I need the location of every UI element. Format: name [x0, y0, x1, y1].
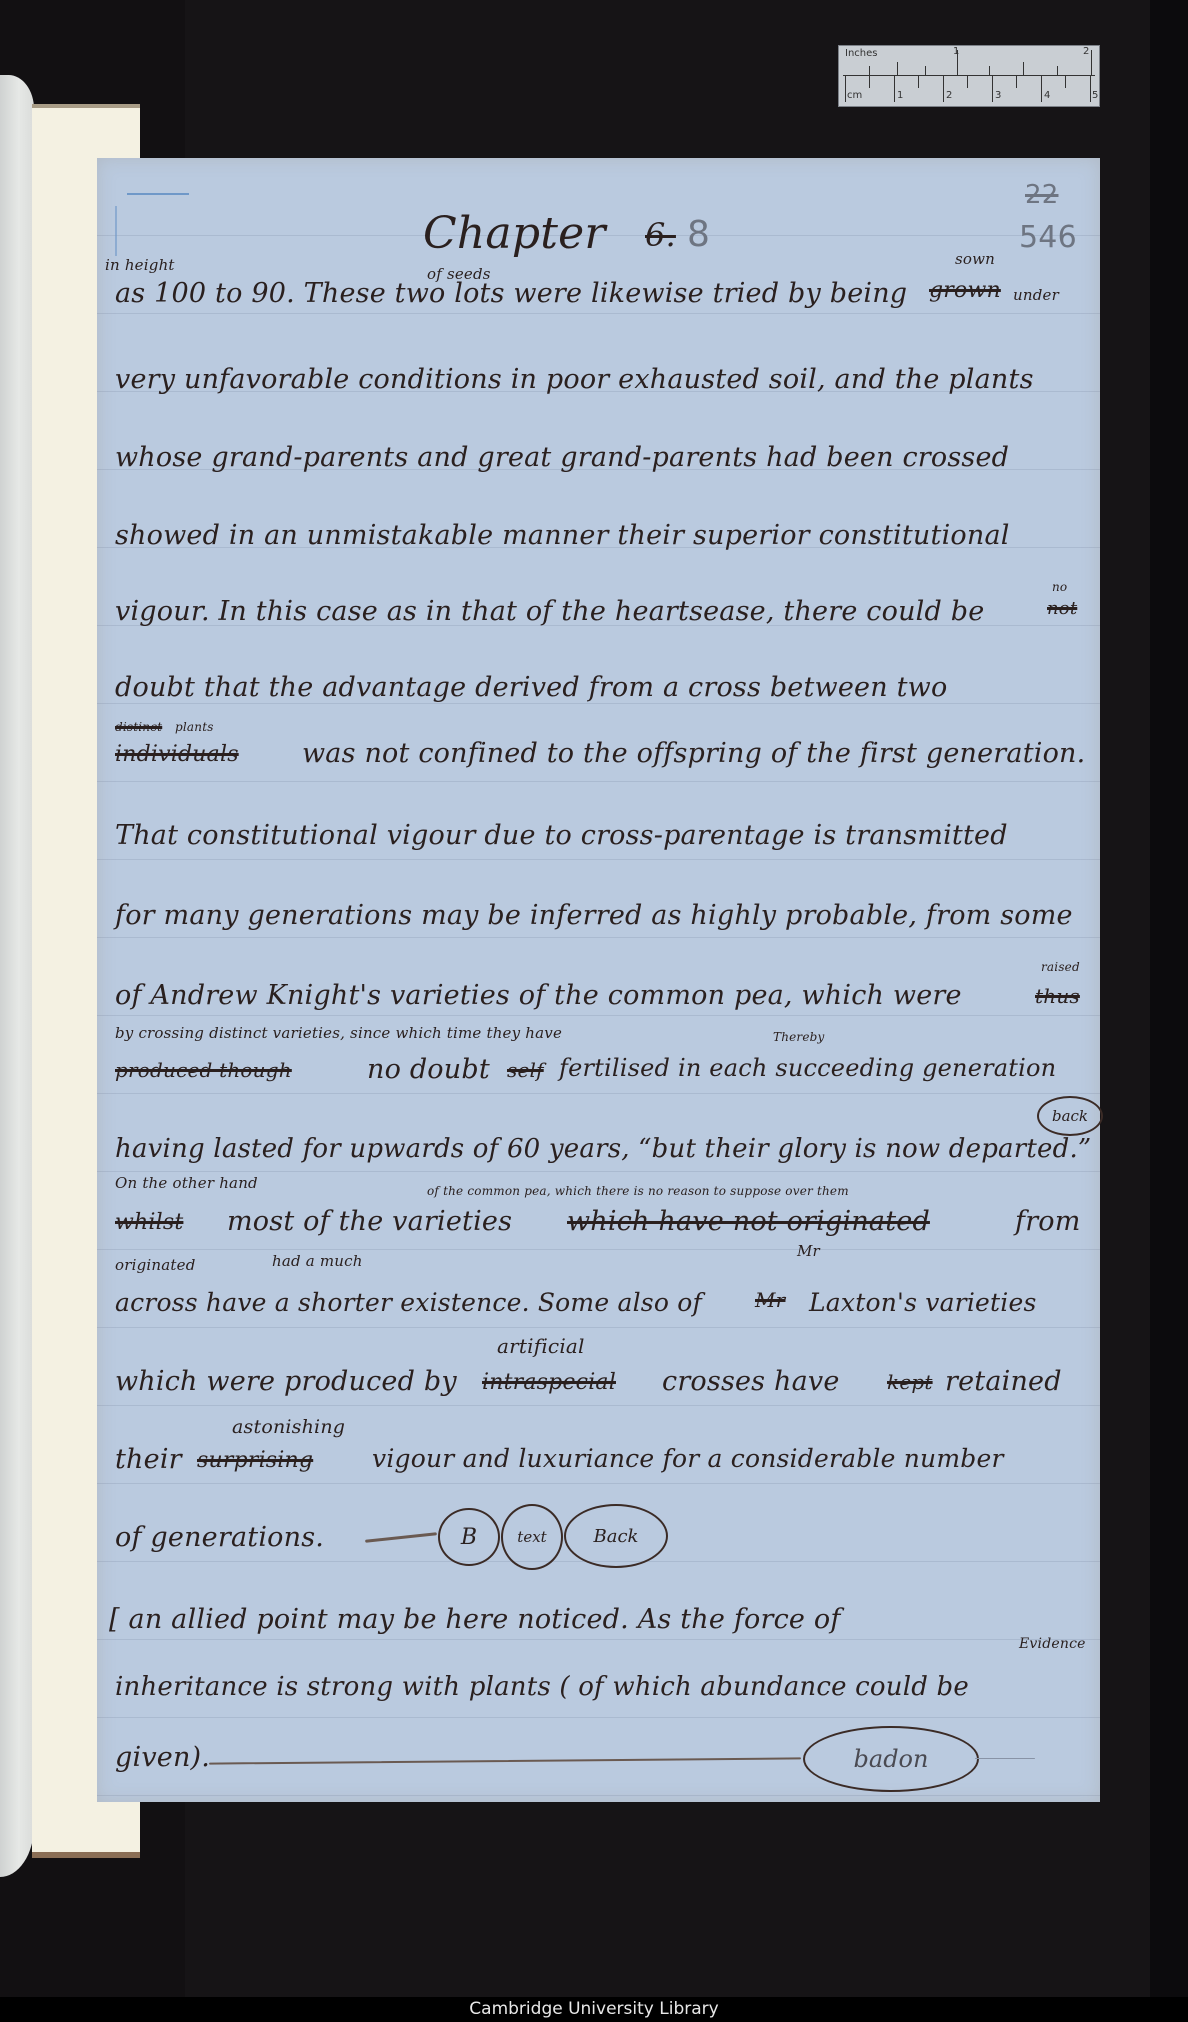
ruler-inches-label: Inches — [845, 48, 878, 59]
interlinear-insertion: Thereby — [773, 1030, 825, 1044]
interlinear-insertion: plants — [175, 720, 214, 734]
scale-ruler: Inches 1 2 cm 1 2 3 4 5 — [838, 45, 1100, 107]
circled-note-badon: badon — [803, 1726, 979, 1792]
struck-word: surprising — [197, 1448, 313, 1473]
manuscript-line: having lasted for upwards of 60 years, “… — [115, 1134, 1091, 1164]
manuscript-line-end: retained — [945, 1366, 1062, 1397]
struck-word: produced though — [115, 1058, 292, 1082]
manuscript-line-end: Laxton's varieties — [809, 1288, 1037, 1317]
manuscript-line-end: from — [1015, 1206, 1081, 1237]
struck-word: intraspecial — [482, 1370, 616, 1395]
ruler-tick — [1090, 76, 1091, 102]
struck-insertion: distinct — [115, 720, 162, 734]
ruler-tick — [869, 66, 870, 76]
manuscript-line: vigour and luxuriance for a considerable… — [372, 1444, 1004, 1473]
ruler-tick — [1057, 66, 1058, 76]
manuscript-line: for many generations may be inferred as … — [115, 900, 1073, 931]
ruler-tick — [1023, 62, 1024, 76]
circled-note-text: text — [517, 1528, 546, 1546]
circled-note-text: B — [461, 1525, 477, 1550]
struck-word: not — [1047, 598, 1077, 619]
struck-word: thus — [1035, 984, 1080, 1008]
manuscript-line: as 100 to 90. These two lots were likewi… — [115, 278, 907, 309]
manuscript-line: very unfavorable conditions in poor exha… — [115, 364, 1034, 395]
connector-line — [209, 1757, 801, 1764]
manuscript-line: vigour. In this case as in that of the h… — [115, 596, 984, 627]
struck-word: kept — [887, 1370, 933, 1394]
ruler-tick — [918, 76, 919, 88]
manuscript-line: no doubt — [367, 1054, 490, 1085]
circled-note-B: B — [438, 1508, 500, 1566]
circled-note: back — [1037, 1096, 1103, 1136]
interlinear-insertion: of the common pea, which there is no rea… — [427, 1184, 849, 1198]
manuscript-line: which were produced by — [115, 1366, 457, 1397]
ruler-cm-mark: 5 — [1092, 90, 1098, 101]
ruler-tick — [1041, 76, 1042, 102]
interlinear-insertion: raised — [1041, 960, 1080, 974]
manuscript-line: fertilised in each succeeding generation — [559, 1054, 1056, 1082]
manuscript-line: inheritance is strong with plants ( of w… — [115, 1672, 969, 1702]
blue-pencil-mark — [127, 193, 189, 195]
manuscript-line: was not confined to the offspring of the… — [302, 738, 1085, 769]
circled-note-text: Back — [594, 1526, 639, 1547]
interlinear-insertion: no — [1052, 580, 1067, 594]
folio-number: 546 — [1019, 220, 1077, 255]
manuscript-line: doubt that the advantage derived from a … — [115, 672, 947, 703]
chapter-number-struck: 6. — [645, 216, 676, 254]
blue-pencil-mark — [115, 206, 117, 256]
struck-phrase: which have not originated — [567, 1206, 930, 1237]
ruler-tick — [925, 66, 926, 76]
manuscript-line: whose grand-parents and great grand-pare… — [115, 442, 1009, 473]
interlinear-insertion: astonishing — [232, 1416, 345, 1438]
interlinear-insertion: Mr — [797, 1242, 820, 1260]
manuscript-line: given). — [115, 1742, 210, 1773]
ruler-tick — [1091, 50, 1092, 76]
library-credit-footer: Cambridge University Library — [0, 1997, 1188, 2022]
struck-word: self — [507, 1058, 544, 1082]
ruler-tick — [1016, 76, 1017, 88]
ruler-tick — [1065, 76, 1066, 88]
struck-word: individuals — [115, 742, 239, 767]
old-folio-number: 22 — [1025, 180, 1058, 210]
ruler-tick — [992, 76, 993, 102]
circled-note-text: badon — [854, 1745, 929, 1773]
chapter-number-pencil: 8 — [687, 214, 710, 255]
interlinear-insertion: by crossing distinct varieties, since wh… — [115, 1024, 562, 1042]
library-credit: Cambridge University Library — [469, 1999, 718, 2019]
background-cloth-edge — [1150, 0, 1188, 2000]
circled-note-text: text — [501, 1504, 563, 1570]
manuscript-line: of Andrew Knight's varieties of the comm… — [115, 980, 962, 1011]
ruler-tick — [869, 76, 870, 88]
ruler-cm-mark: 1 — [897, 90, 903, 101]
interlinear-insertion: had a much — [272, 1252, 363, 1270]
ruler-inch-mark: 2 — [1083, 46, 1089, 57]
ruler-cm-mark: 2 — [946, 90, 952, 101]
manuscript-line: [ an allied point may be here noticed. A… — [109, 1604, 841, 1635]
ruler-tick — [957, 50, 958, 76]
ruler-tick — [897, 62, 898, 76]
manuscript-line: That constitutional vigour due to cross-… — [115, 820, 1008, 851]
margin-insertion: originated — [115, 1256, 196, 1274]
ruler-tick — [967, 76, 968, 88]
manuscript-line: across have a shorter existence. Some al… — [115, 1288, 702, 1317]
interlinear-insertion: sown — [955, 250, 995, 268]
ruler-cm-mark: 3 — [995, 90, 1001, 101]
interlinear-insertion: Evidence — [1019, 1636, 1086, 1652]
manuscript-line: most of the varieties — [227, 1206, 512, 1237]
circled-note-text: back — [1052, 1107, 1088, 1125]
ruler-tick — [845, 76, 846, 102]
ruler-tick — [943, 76, 944, 102]
book-page-curl — [0, 75, 34, 1877]
interlinear-insertion: artificial — [497, 1334, 585, 1358]
manuscript-line: showed in an unmistakable manner their s… — [115, 520, 1010, 551]
ruler-tick — [894, 76, 895, 102]
manuscript-line: crosses have — [662, 1366, 840, 1397]
ruler-tick — [989, 66, 990, 76]
chapter-heading: Chapter — [423, 208, 606, 259]
struck-word: grown — [929, 278, 1001, 303]
struck-word: Mr — [755, 1288, 785, 1312]
manuscript-line: their — [115, 1444, 182, 1475]
manuscript-line: of generations. — [115, 1522, 324, 1553]
ruler-cm-label: cm — [847, 90, 862, 101]
manuscript-line-end: under — [1013, 286, 1059, 304]
manuscript-page: Chapter 6. 8 22 546 in height of seeds s… — [97, 158, 1100, 1802]
circled-note-back: Back — [564, 1504, 668, 1568]
pencil-line — [975, 1758, 1035, 1759]
struck-word: whilst — [115, 1210, 183, 1235]
ruler-cm-mark: 4 — [1044, 90, 1050, 101]
interlinear-insertion: On the other hand — [115, 1174, 258, 1192]
margin-insertion: in height — [105, 256, 175, 274]
connector-line — [365, 1532, 437, 1543]
